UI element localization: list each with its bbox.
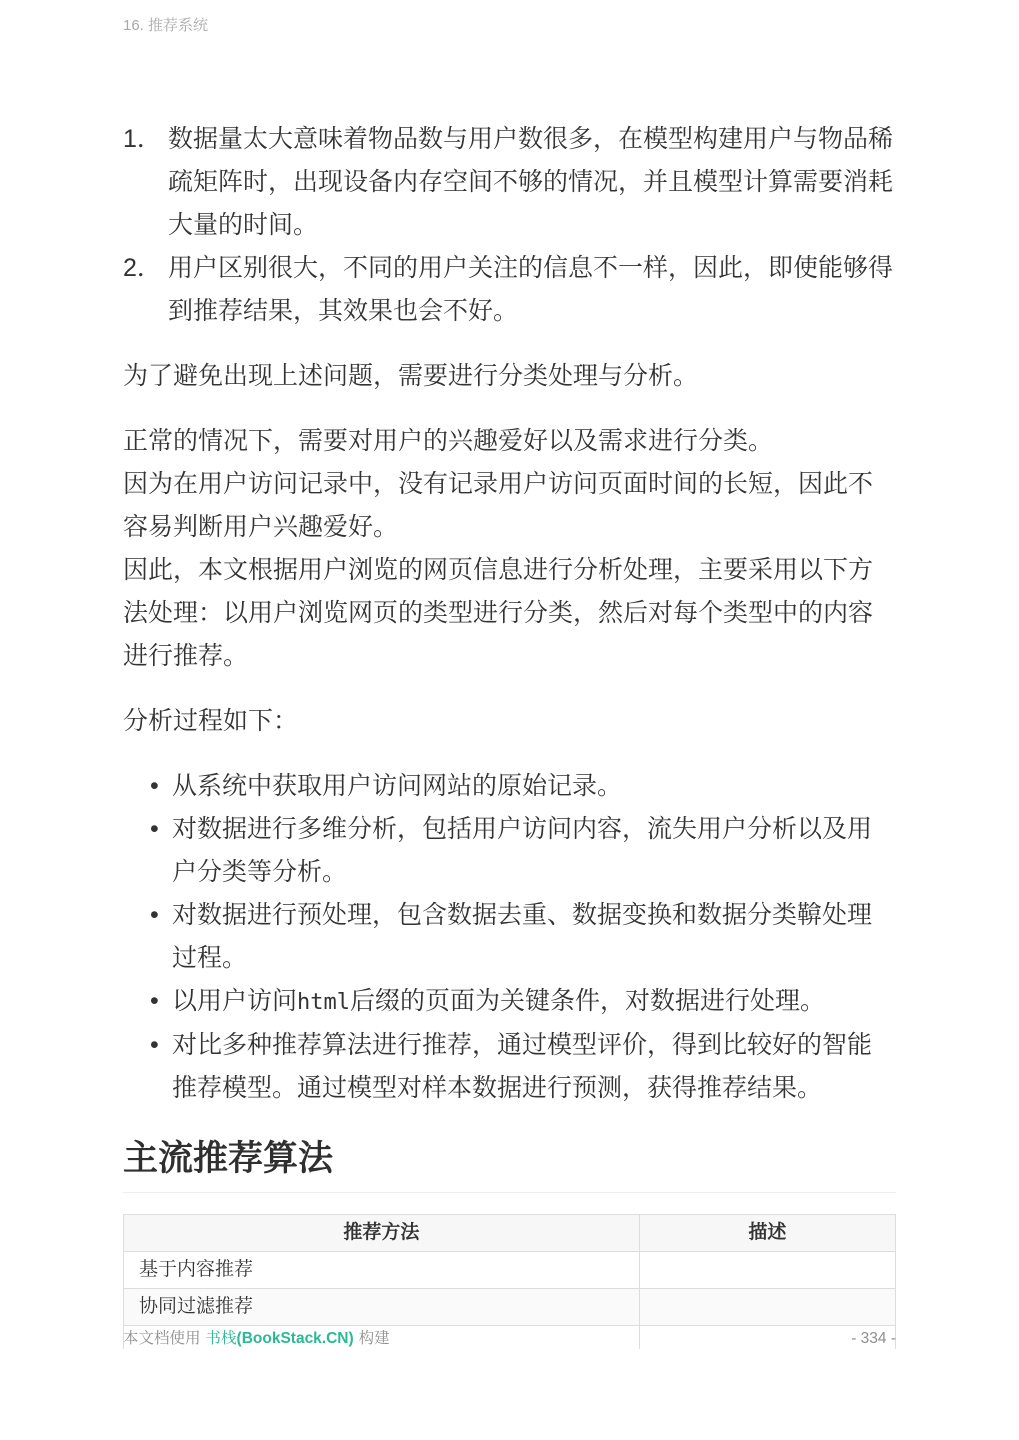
bullet-text: 以用户访问 [172, 987, 297, 1015]
paragraph-line: 因为在用户访问记录中，没有记录用户访问页面时间的长短，因此不容易判断用户兴趣爱好… [123, 463, 896, 549]
section-heading: 主流推荐算法 [123, 1140, 896, 1193]
list-number: 1． [123, 118, 168, 247]
page-header-section-title: 16. 推荐系统 [123, 14, 208, 35]
numbered-list-item: 2． 用户区别很大，不同的用户关注的信息不一样，因此，即使能够得到推荐结果，其效… [123, 247, 896, 333]
table-cell-method: 基于内容推荐 [124, 1252, 640, 1289]
inline-code: html [297, 990, 350, 1015]
table-header-row: 推荐方法 描述 [124, 1215, 896, 1252]
footer-suffix: 构建 [359, 1330, 390, 1347]
content-area: 1． 数据量太大意味着物品数与用户数很多，在模型构建用户与物品稀疏矩阵时，出现设… [123, 118, 896, 1349]
list-item-text: 数据量太大意味着物品数与用户数很多，在模型构建用户与物品稀疏矩阵时，出现设备内存… [168, 118, 896, 247]
bookstack-link[interactable]: 书栈(BookStack.CN) [206, 1330, 354, 1347]
bullet-list: 从系统中获取用户访问网站的原始记录。 对数据进行多维分析，包括用户访问内容，流失… [123, 765, 896, 1110]
numbered-list: 1． 数据量太大意味着物品数与用户数很多，在模型构建用户与物品稀疏矩阵时，出现设… [123, 118, 896, 333]
list-item-text: 用户区别很大，不同的用户关注的信息不一样，因此，即使能够得到推荐结果，其效果也会… [168, 247, 896, 333]
bullet-item: 从系统中获取用户访问网站的原始记录。 [123, 765, 896, 808]
table-header-description: 描述 [639, 1215, 895, 1252]
bullet-text: 后缀的页面为关键条件，对数据进行处理。 [350, 987, 825, 1015]
paragraph-line: 因此，本文根据用户浏览的网页信息进行分析处理，主要采用以下方法处理：以用户浏览网… [123, 549, 896, 678]
bullet-item: 对数据进行预处理，包含数据去重、数据变换和数据分类鞥处理过程。 [123, 894, 896, 980]
paragraph-analysis-intro: 分析过程如下： [123, 700, 896, 743]
bullet-text: 从系统中获取用户访问网站的原始记录。 [172, 772, 622, 800]
footer-prefix: 本文档使用 [123, 1330, 201, 1347]
document-page: 16. 推荐系统 1． 数据量太大意味着物品数与用户数很多，在模型构建用户与物品… [0, 0, 1019, 1440]
table-row: 基于内容推荐 [124, 1252, 896, 1289]
list-number: 2． [123, 247, 168, 333]
paragraph-line: 正常的情况下，需要对用户的兴趣爱好以及需求进行分类。 [123, 420, 896, 463]
table-row: 协同过滤推荐 [124, 1289, 896, 1326]
table-cell-method: 协同过滤推荐 [124, 1289, 640, 1326]
bullet-text: 对数据进行多维分析，包括用户访问内容，流失用户分析以及用户分类等分析。 [172, 815, 872, 886]
table-header-method: 推荐方法 [124, 1215, 640, 1252]
bullet-text: 对比多种推荐算法进行推荐，通过模型评价，得到比较好的智能推荐模型。通过模型对样本… [172, 1031, 872, 1102]
page-number: - 334 - [851, 1330, 896, 1348]
paragraph-avoid-problems: 为了避免出现上述问题，需要进行分类处理与分析。 [123, 355, 896, 398]
bookstack-link-en: (BookStack.CN) [237, 1330, 354, 1347]
bullet-item: 对比多种推荐算法进行推荐，通过模型评价，得到比较好的智能推荐模型。通过模型对样本… [123, 1024, 896, 1110]
paragraph-classification-block: 正常的情况下，需要对用户的兴趣爱好以及需求进行分类。 因为在用户访问记录中，没有… [123, 420, 896, 678]
bookstack-link-cn: 书栈 [206, 1330, 237, 1347]
bullet-item: 以用户访问html后缀的页面为关键条件，对数据进行处理。 [123, 980, 896, 1024]
table-cell-description [639, 1289, 895, 1326]
bullet-item: 对数据进行多维分析，包括用户访问内容，流失用户分析以及用户分类等分析。 [123, 808, 896, 894]
bullet-text: 对数据进行预处理，包含数据去重、数据变换和数据分类鞥处理过程。 [172, 901, 872, 972]
numbered-list-item: 1． 数据量太大意味着物品数与用户数很多，在模型构建用户与物品稀疏矩阵时，出现设… [123, 118, 896, 247]
footer-build-note: 本文档使用书栈(BookStack.CN)构建 [123, 1326, 390, 1348]
page-footer: 本文档使用书栈(BookStack.CN)构建 - 334 - [123, 1326, 896, 1348]
table-cell-description [639, 1252, 895, 1289]
